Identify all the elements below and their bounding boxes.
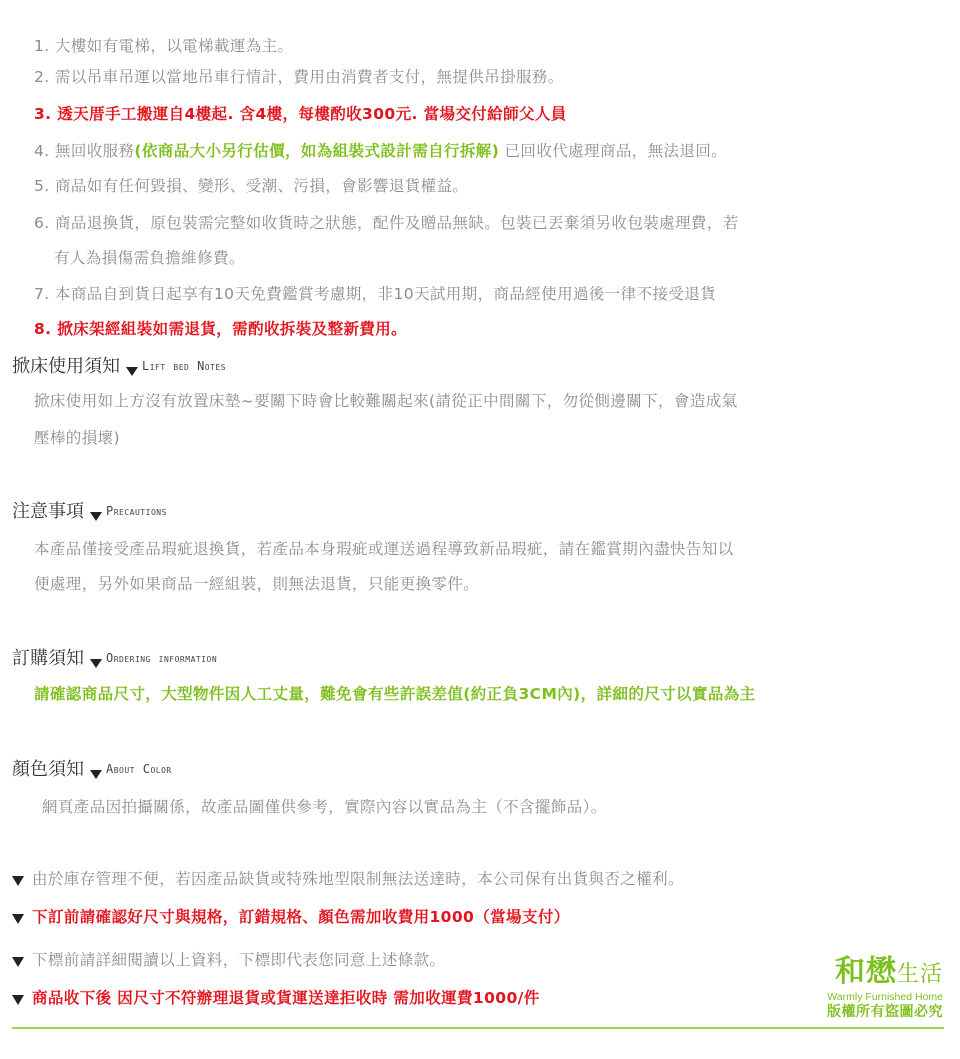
copyright-notice: 版權所有盜圖必究 — [803, 1003, 943, 1021]
section-heading-color: 顏色須知 About Color — [12, 758, 172, 781]
bullet-inventory-notice: 由於庫存管理不便，若因產品缺貨或特殊地型限制無法送達時，本公司保有出貨與否之權利… — [12, 869, 684, 889]
note-4-green-text: (依商品大小另行估價，如為組裝式設計需自行拆解) — [134, 142, 499, 160]
triangle-down-icon — [90, 512, 102, 521]
bullet-text: 由於庫存管理不便，若因產品缺貨或特殊地型限制無法送達時，本公司保有出貨與否之權利… — [32, 869, 684, 889]
bullet-text: 下標前請詳細閱讀以上資料，下標即代表您同意上述條款。 — [32, 950, 445, 970]
note-4-suffix: 已回收代處理商品，無法退回。 — [499, 142, 727, 160]
triangle-down-icon — [12, 914, 24, 924]
lift-bed-title-zh: 掀床使用須知 — [12, 356, 120, 378]
precautions-title-zh: 注意事項 — [12, 501, 84, 523]
note-2: 2. 需以吊車吊運以當地吊車行情計，費用由消費者支付，無提供吊掛服務。 — [34, 67, 564, 87]
bullet-text: 商品收下後 因尺寸不符辦理退貨或貨運送達拒收時 需加收運費1000/件 — [32, 988, 540, 1008]
precautions-body-line-1: 本產品僅接受產品瑕疵退換貨，若產品本身瑕疵或運送過程導致新品瑕疵，請在鑑賞期內盡… — [34, 539, 734, 559]
section-heading-precautions: 注意事項 Precautions — [12, 500, 167, 523]
ordering-body: 請確認商品尺寸，大型物件因人工丈量，難免會有些許誤差值(約正負3CM內)，詳細的… — [34, 684, 756, 704]
footer-divider — [12, 1027, 944, 1029]
note-4-prefix: 4. 無回收服務 — [34, 142, 134, 160]
color-title-zh: 顏色須知 — [12, 759, 84, 781]
color-title-en: About Color — [106, 758, 172, 780]
note-1: 1. 大樓如有電梯，以電梯載運為主。 — [34, 36, 293, 56]
precautions-body-line-2: 便處理，另外如果商品一經組裝，則無法退貨，只能更換零件。 — [34, 574, 479, 594]
section-heading-ordering: 訂購須知 Ordering information — [12, 647, 217, 670]
note-5: 5. 商品如有任何毀損、變形、受潮、污損，會影響退貨權益。 — [34, 176, 468, 196]
triangle-down-icon — [12, 957, 24, 967]
triangle-down-icon — [126, 367, 138, 376]
note-4: 4. 無回收服務(依商品大小另行估價，如為組裝式設計需自行拆解) 已回收代處理商… — [34, 141, 727, 161]
note-6-continuation: 有人為損傷需負擔維修費。 — [54, 248, 245, 268]
triangle-down-icon — [12, 995, 24, 1005]
bullet-text: 下訂前請確認好尺寸與規格，訂錯規格、顏色需加收費用1000（當場支付） — [32, 907, 570, 927]
bullet-return-shipping-notice: 商品收下後 因尺寸不符辦理退貨或貨運送達拒收時 需加收運費1000/件 — [12, 988, 540, 1008]
note-6: 6. 商品退換貨，原包裝需完整如收貨時之狀態，配件及贈品無缺。包裝已丟棄須另收包… — [34, 213, 739, 233]
triangle-down-icon — [12, 876, 24, 886]
lift-bed-body-line-2: 壓棒的損壞) — [34, 428, 120, 448]
triangle-down-icon — [90, 659, 102, 668]
ordering-title-zh: 訂購須知 — [12, 648, 84, 670]
brand-logo: 和懋生活 Warmly Furnished Home 版權所有盜圖必究 — [803, 956, 943, 1021]
brand-name-sub: 生活 — [897, 962, 943, 987]
note-7: 7. 本商品自到貨日起享有10天免費鑑賞考慮期，非10天試用期，商品經使用過後一… — [34, 284, 716, 304]
brand-name-main: 和懋 — [835, 954, 897, 989]
brand-english: Warmly Furnished Home — [803, 991, 943, 1003]
triangle-down-icon — [90, 770, 102, 779]
color-body: 網頁產品因拍攝關係，故產品圖僅供參考，實際內容以實品為主（不含擺飾品）。 — [42, 797, 607, 817]
ordering-title-en: Ordering information — [106, 647, 217, 669]
note-8: 8. 掀床架經組裝如需退貨，需酌收拆裝及整新費用。 — [34, 319, 407, 339]
bullet-size-spec-notice: 下訂前請確認好尺寸與規格，訂錯規格、顏色需加收費用1000（當場支付） — [12, 907, 570, 927]
section-heading-lift-bed: 掀床使用須知 Lift bed Notes — [12, 355, 226, 378]
note-3: 3. 透天厝手工搬運自4樓起. 含4樓，每樓酌收300元. 當場交付給師父人員 — [34, 104, 567, 124]
lift-bed-body-line-1: 掀床使用如上方沒有放置床墊~要關下時會比較難關起來(請從正中間關下，勿從側邊關下… — [34, 391, 738, 411]
precautions-title-en: Precautions — [106, 500, 167, 522]
lift-bed-title-en: Lift bed Notes — [142, 355, 226, 377]
bullet-agreement-notice: 下標前請詳細閱讀以上資料，下標即代表您同意上述條款。 — [12, 950, 445, 970]
brand-name: 和懋生活 — [803, 956, 943, 991]
